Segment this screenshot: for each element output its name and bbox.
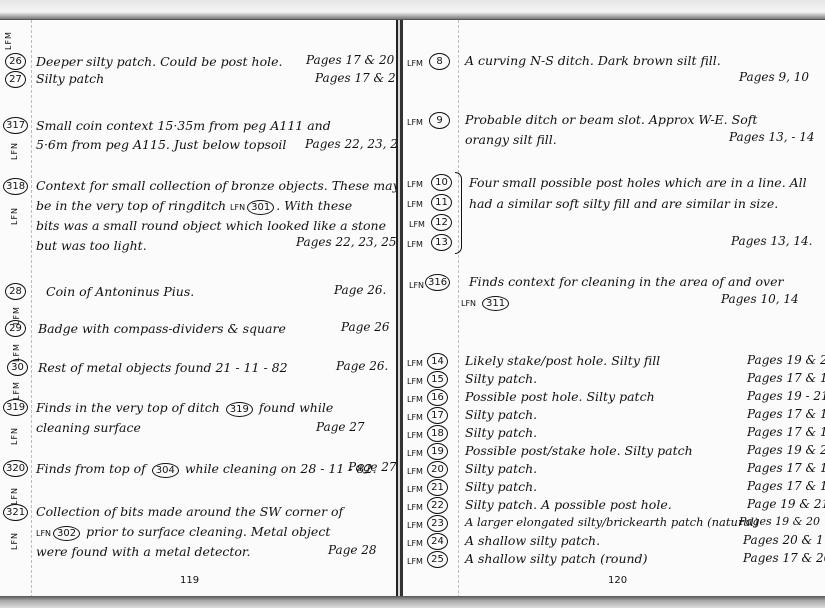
- left-page: LFM 26 Deeper silty patch. Could be post…: [0, 20, 398, 598]
- context-number: 321: [3, 504, 28, 521]
- context-number: 318: [3, 178, 28, 195]
- context-number: 9: [429, 112, 450, 129]
- entry-description: Silty patch.: [465, 459, 537, 478]
- entry-description: Possible post hole. Silty patch: [465, 387, 655, 406]
- entry-line-1: Finds from top of 304 while cleaning on …: [36, 459, 376, 478]
- prefix-label: LFN: [10, 487, 19, 505]
- entry-description: Possible post/stake hole. Silty patch: [465, 441, 693, 460]
- entry-line-2: orangy silt fill.: [465, 130, 557, 149]
- context-number: 317: [3, 117, 28, 134]
- prefix-label: LFM: [407, 413, 423, 422]
- entry-description: Coin of Antoninus Pius.: [46, 282, 194, 301]
- entry-description: Badge with compass-dividers & square: [38, 319, 286, 338]
- page-reference: Page 26: [341, 320, 390, 334]
- entry-description: Rest of metal objects found 21 - 11 - 82: [38, 358, 288, 377]
- context-number: 23: [427, 515, 448, 532]
- page-reference: Pages 17 & 20: [743, 551, 825, 565]
- prefix-label: LFM: [407, 485, 423, 494]
- entry-line-4: but was too light.: [36, 236, 147, 255]
- context-number: 13: [431, 234, 452, 251]
- margin-line: [31, 20, 32, 598]
- page-reference: Pages 17 & 19: [747, 407, 825, 421]
- page-reference: Pages 17 & 20: [315, 71, 398, 85]
- line-text: be in the very top of ringditch: [36, 198, 226, 213]
- inline-ref-label: LFN: [36, 529, 51, 538]
- line-text-after: . With these: [276, 198, 352, 213]
- prefix-label: LFN: [10, 532, 19, 550]
- entry-line-1: Four small possible post holes which are…: [469, 173, 807, 192]
- line-text: Finds in the very top of ditch: [36, 400, 220, 415]
- page-reference: Pages 17 & 19: [747, 461, 825, 475]
- page-reference: Pages 17 & 19: [747, 479, 825, 493]
- entry-description: Silty patch.: [465, 423, 537, 442]
- entry-line-1: Probable ditch or beam slot. Approx W-E.…: [465, 110, 757, 129]
- inline-ref-label: LFN: [230, 203, 245, 212]
- context-number: 316: [425, 274, 450, 291]
- prefix-label: LFM: [407, 200, 423, 209]
- entry-description: A larger elongated silty/brickearth patc…: [465, 513, 758, 532]
- prefix-label: LFN: [10, 207, 19, 225]
- entry-line-1: Finds context for cleaning in the area o…: [469, 272, 783, 291]
- prefix-label: LFM: [407, 431, 423, 440]
- entry-line-2: be in the very top of ringditch LFN301. …: [36, 196, 352, 217]
- prefix-label: LFM: [407, 180, 423, 189]
- page-reference: Page 19 & 21: [747, 497, 825, 511]
- entry-description: Silty patch.: [465, 477, 537, 496]
- page-reference: Pages 19 & 20: [739, 515, 820, 528]
- prefix-label: LFN: [10, 142, 19, 160]
- prefix-label: LFM: [407, 449, 423, 458]
- context-number: 30: [7, 359, 28, 376]
- context-number: 10: [431, 174, 452, 191]
- context-number: 15: [427, 371, 448, 388]
- page-reference: Page 27: [316, 420, 365, 434]
- prefix-label: LFM: [407, 59, 423, 68]
- context-number: 29: [5, 320, 26, 337]
- context-number: 12: [431, 214, 452, 231]
- context-number: 19: [427, 443, 448, 460]
- page-reference: Pages 20 & 17: [743, 533, 825, 547]
- context-number: 18: [427, 425, 448, 442]
- prefix-label: LFM: [4, 31, 13, 50]
- prefix-label: LFM: [407, 467, 423, 476]
- inline-ref-label: LFN: [461, 299, 476, 308]
- entry-line-1: Small coin context 15·35m from peg A111 …: [36, 116, 331, 135]
- entry-line-3: were found with a metal detector.: [36, 542, 250, 561]
- inline-context-ref: 319: [226, 402, 253, 417]
- inline-context-ref: 304: [152, 463, 179, 478]
- context-number: 319: [3, 399, 28, 416]
- page-reference: Pages 13, - 14: [729, 130, 814, 144]
- prefix-label: LFM: [407, 240, 423, 249]
- context-number: 20: [427, 461, 448, 478]
- page-number: 119: [180, 575, 199, 586]
- entry-description: Silty patch. A possible post hole.: [465, 495, 672, 514]
- context-number: 8: [429, 53, 450, 70]
- context-number: 22: [427, 497, 448, 514]
- margin-line: [458, 20, 459, 598]
- page-reference: Pages 22, 23, 25: [296, 235, 397, 249]
- bracket-brace: [455, 172, 462, 254]
- page-reference: Pages 19 - 21: [747, 389, 825, 403]
- context-number: 26: [5, 53, 26, 70]
- prefix-label: LFM: [409, 220, 425, 229]
- context-number: 11: [431, 194, 452, 211]
- entry-line-2: cleaning surface: [36, 418, 141, 437]
- page-reference: Pages 19 & 21: [747, 353, 825, 367]
- page-reference: Page 27.: [348, 460, 398, 474]
- prefix-label: LFM: [407, 118, 423, 127]
- inline-context-ref: 302: [53, 526, 80, 541]
- page-reference: Pages 13, 14.: [731, 234, 812, 248]
- entry-line-1: Collection of bits made around the SW co…: [36, 502, 343, 521]
- entry-description: Silty patch.: [465, 405, 537, 424]
- line-text-after: found while: [259, 400, 333, 415]
- context-number: 28: [5, 283, 26, 300]
- prefix-label: LFN: [10, 427, 19, 445]
- page-reference: Page 28: [328, 543, 377, 557]
- inline-context-ref: 301: [247, 200, 274, 215]
- prefix-label: LFM: [407, 539, 423, 548]
- entry-line-3: bits was a small round object which look…: [36, 216, 386, 235]
- entry-description: A curving N-S ditch. Dark brown silt fil…: [465, 51, 721, 70]
- prefix-label: LFN: [409, 281, 424, 290]
- entry-line-2: LFN302 prior to surface cleaning. Metal …: [36, 522, 330, 543]
- line-text: Finds from top of: [36, 461, 146, 476]
- entry-line-1: Context for small collection of bronze o…: [36, 176, 398, 195]
- entry-line-2: 5·6m from peg A115. Just below topsoil: [36, 135, 286, 154]
- context-number: 27: [5, 71, 26, 88]
- context-number: 21: [427, 479, 448, 496]
- entry-description: Silty patch: [36, 69, 104, 88]
- page-reference: Pages 17 & 19: [747, 425, 825, 439]
- page-reference: Page 26.: [334, 283, 386, 297]
- context-number: 16: [427, 389, 448, 406]
- entry-description: A shallow silty patch (round): [465, 549, 647, 568]
- notebook-bottom-edge: [0, 596, 825, 608]
- entry-line-2: LFN 311: [461, 292, 511, 313]
- prefix-label: LFM: [407, 395, 423, 404]
- prefix-label: LFM: [12, 381, 21, 400]
- page-reference: Page 26.: [336, 359, 388, 373]
- page-number: 120: [608, 575, 627, 586]
- context-number: 320: [3, 460, 28, 477]
- page-reference: Pages 17 & 20: [306, 53, 394, 67]
- page-reference: Pages 22, 23, 25.: [305, 137, 398, 151]
- prefix-label: LFM: [407, 521, 423, 530]
- context-number: 24: [427, 533, 448, 550]
- entry-description: Silty patch.: [465, 369, 537, 388]
- entry-description: Likely stake/post hole. Silty fill: [465, 351, 660, 370]
- page-reference: Pages 9, 10: [739, 70, 809, 84]
- entry-description: A shallow silty patch.: [465, 531, 600, 550]
- page-reference: Pages 17 & 19: [747, 371, 825, 385]
- context-number: 14: [427, 353, 448, 370]
- right-page: LFM 8 A curving N-S ditch. Dark brown si…: [400, 20, 825, 598]
- inline-context-ref: 311: [482, 296, 509, 311]
- line-text: prior to surface cleaning. Metal object: [86, 524, 330, 539]
- context-number: 17: [427, 407, 448, 424]
- entry-line-1: Finds in the very top of ditch 319 found…: [36, 398, 333, 417]
- entry-line-2: had a similar soft silty fill and are si…: [469, 194, 778, 213]
- context-number: 25: [427, 551, 448, 568]
- page-reference: Pages 19 & 21: [747, 443, 825, 457]
- page-reference: Pages 10, 14: [721, 292, 799, 306]
- prefix-label: LFM: [407, 557, 423, 566]
- prefix-label: LFM: [407, 503, 423, 512]
- prefix-label: LFM: [407, 359, 423, 368]
- notebook-top-edge: [0, 0, 825, 20]
- prefix-label: LFM: [407, 377, 423, 386]
